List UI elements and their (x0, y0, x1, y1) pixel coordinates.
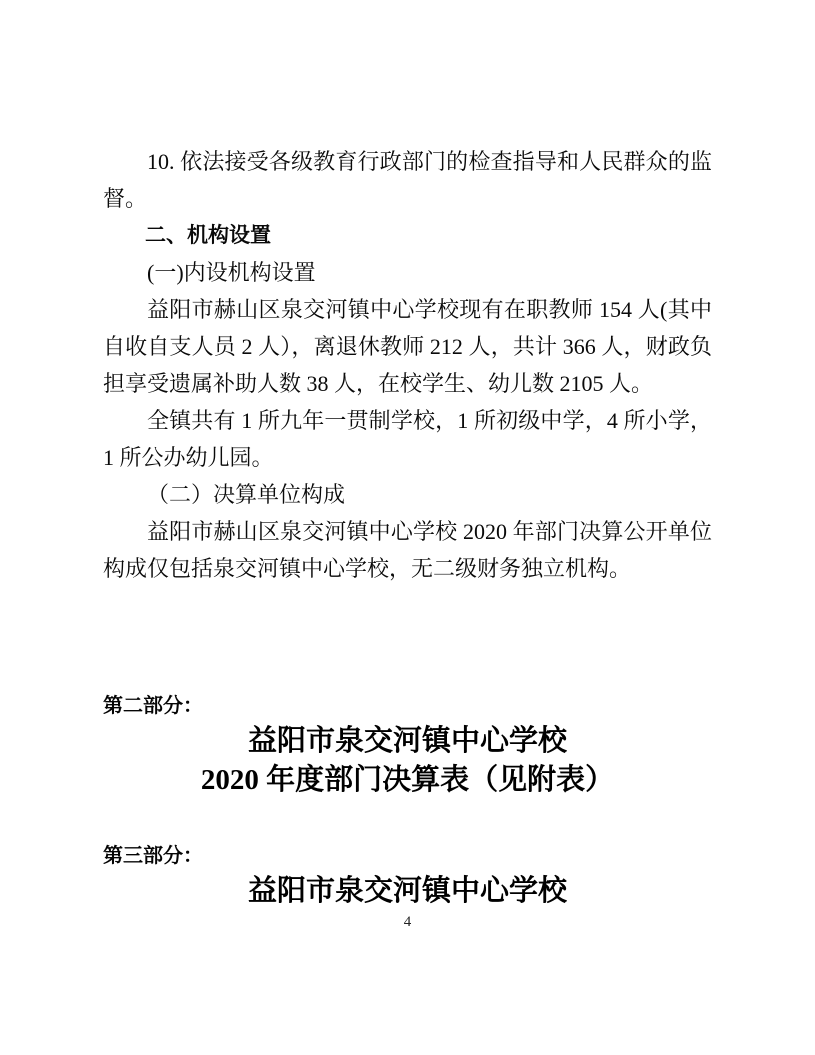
paragraph-school-counts: 全镇共有 1 所九年一贯制学校，1 所初级中学，4 所小学，1 所公办幼儿园。 (103, 402, 712, 476)
document-page: 10. 依法接受各级教育行政部门的检查指导和人民群众的监督。 二、机构设置 (一… (0, 0, 815, 1055)
section2-label: 第二部分： (103, 694, 203, 718)
subsection-2-title: （二）决算单位构成 (103, 476, 712, 513)
subsection-1-title: (一)内设机构设置 (103, 254, 712, 291)
section3-title: 益阳市泉交河镇中心学校 (0, 872, 815, 911)
paragraph-staff-numbers: 益阳市赫山区泉交河镇中心学校现有在职教师 154 人(其中自收自支人员 2 人）… (103, 291, 712, 402)
page-number: 4 (0, 913, 815, 931)
section-heading-organization: 二、机构设置 (103, 217, 712, 254)
document-body: 10. 依法接受各级教育行政部门的检查指导和人民群众的监督。 二、机构设置 (一… (103, 143, 712, 587)
section3-title-line1: 益阳市泉交河镇中心学校 (0, 872, 815, 911)
section2-title-line2: 2020 年度部门决算表（见附表） (0, 761, 815, 800)
paragraph-supervision: 10. 依法接受各级教育行政部门的检查指导和人民群众的监督。 (103, 143, 712, 217)
section3-label: 第三部分： (103, 844, 203, 868)
paragraph-budget-units: 益阳市赫山区泉交河镇中心学校 2020 年部门决算公开单位构成仅包括泉交河镇中心… (103, 513, 712, 587)
section2-title-line1: 益阳市泉交河镇中心学校 (0, 722, 815, 761)
section2-title: 益阳市泉交河镇中心学校 2020 年度部门决算表（见附表） (0, 722, 815, 800)
